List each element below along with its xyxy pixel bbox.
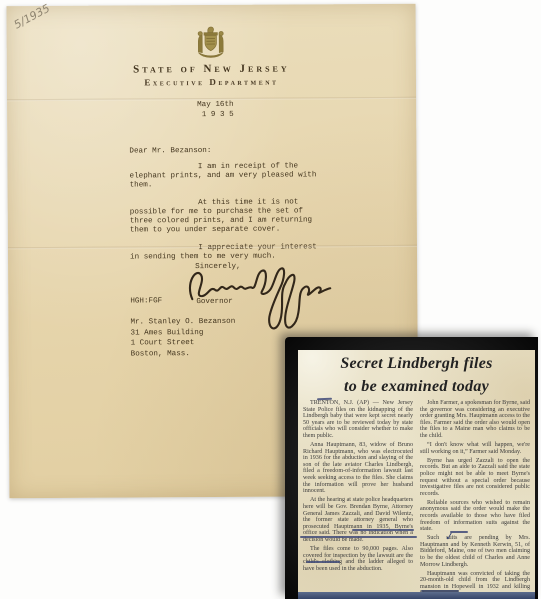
ink-underline-wilentz [352,529,414,531]
signer-title: Governor [196,298,233,306]
scanned-document-photo: 5/1935 State of New Jersey Executive Dep… [0,0,541,599]
letterhead-department: Executive Department [7,76,416,88]
article-paragraph: Reliable sources who wished to remain an… [420,500,530,533]
letterhead-state-name: State of New Jersey [7,62,416,76]
pencil-date-note: 5/1935 [12,2,52,32]
article-paragraph: Anna Hauptmann, 83, widow of Bruno Richa… [303,442,413,495]
article-paragraph: “I don't know what will happen, we're st… [420,442,530,455]
ink-underline-files [306,561,340,563]
ink-checkmark-icon: ✓ [444,529,455,543]
typist-reference: HGH:FGF [130,297,162,305]
ink-underline-attorney-general [300,536,417,538]
article-paragraph: John Farmer, a spokesman for Byrne, said… [420,400,530,440]
headline-line-1: Secret Lindbergh files [302,354,531,373]
salutation: Dear Mr. Bezanson: [129,147,211,156]
article-column-right: John Farmer, a spokesman for Byrne, said… [420,400,530,599]
new-jersey-state-seal-icon [192,25,230,65]
headline-line-2: to be examined today [302,377,531,396]
article-columns: TRENTON, N.J. (AP) — New Jersey State Po… [298,396,535,599]
recipient-address: Mr. Stanley O. Bezanson 31 Ames Building… [130,317,235,360]
letter-date: May 16th 1 9 3 5 [197,101,234,120]
newspaper-clipping-frame: Secret Lindbergh files to be examined to… [285,337,538,599]
article-paragraph: Byrne has urged Zazzali to open the reco… [420,458,530,498]
clipping-bottom-band [298,592,535,599]
article-column-left: TRENTON, N.J. (AP) — New Jersey State Po… [303,400,413,599]
article-paragraph: Such suits are pending by Mrs. Hauptmann… [420,535,530,568]
article-paragraph: TRENTON, N.J. (AP) — New Jersey State Po… [303,400,413,440]
newspaper-clipping: Secret Lindbergh files to be examined to… [298,350,535,599]
article-paragraph: The files come to 90,000 pages. Also cov… [303,546,413,572]
